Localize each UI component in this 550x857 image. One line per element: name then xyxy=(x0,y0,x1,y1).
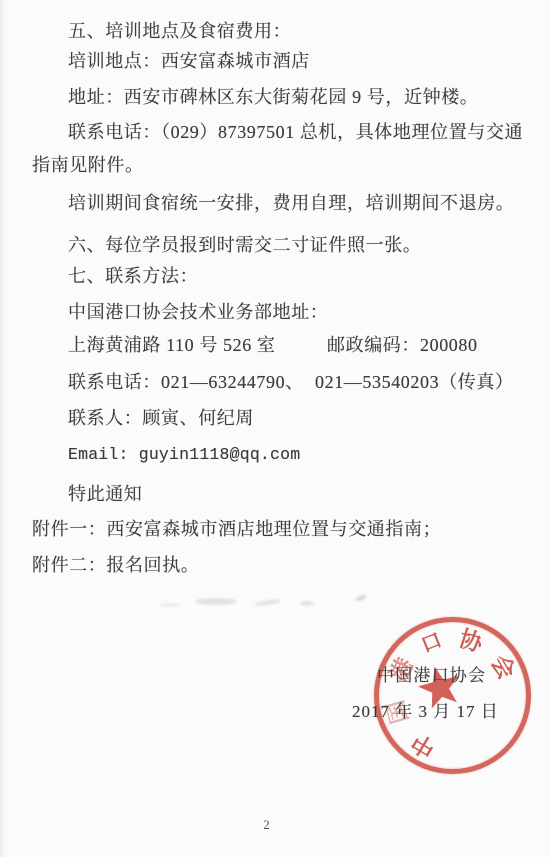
attachment-2-line: 附件二：报名回执。 xyxy=(32,554,526,576)
lodging-policy-line: 培训期间食宿统一安排，费用自理，培训期间不退房。 xyxy=(68,192,526,214)
notice-closing-line: 特此通知 xyxy=(68,483,526,505)
signature-date: 2017 年 3 月 17 日 xyxy=(352,697,499,722)
official-seal: 中 国 港 口 协 会 xyxy=(374,617,531,774)
scanned-notice-page: 五、培训地点及食宿费用： 培训地点：西安富森城市酒店 地址：西安市碑林区东大街菊… xyxy=(0,0,550,857)
scan-smudge xyxy=(195,598,237,605)
scan-smudge xyxy=(300,601,314,606)
fax-number: 021—53540203（传真） xyxy=(315,371,514,393)
section-6-line: 六、每位学员报到时需交二寸证件照一张。 xyxy=(68,234,526,256)
street-address: 上海黄浦路 110 号 526 室 xyxy=(68,335,276,355)
hotel-address-line: 地址：西安市碑林区东大街菊花园 9 号，近钟楼。 xyxy=(68,86,526,108)
email-line: Email: guyin1118@qq.com xyxy=(68,444,526,466)
shanghai-address-line: 上海黄浦路 110 号 526 室 邮政编码：200080 xyxy=(68,334,526,356)
contact-persons-line: 联系人：顾寅、何纪周 xyxy=(68,407,526,429)
attachment-1-line: 附件一：西安富森城市酒店地理位置与交通指南； xyxy=(32,518,526,540)
section-7-heading: 七、联系方法： xyxy=(68,265,526,287)
signature-organization: 中国港口协会 xyxy=(377,661,486,686)
training-location-line: 培训地点：西安富森城市酒店 xyxy=(68,50,526,72)
postal-code: 邮政编码：200080 xyxy=(327,334,478,356)
scan-smudge xyxy=(255,598,281,607)
scan-smudge xyxy=(160,603,180,607)
phone-number: 联系电话：021—63244790、 xyxy=(68,372,304,392)
hotel-phone-line: 联系电话：（029）87397501 总机，具体地理位置与交通 xyxy=(68,121,526,143)
page-number: 2 xyxy=(0,817,534,833)
section-5-heading: 五、培训地点及食宿费用： xyxy=(68,20,526,42)
wrap-continuation-line: 指南见附件。 xyxy=(32,154,526,176)
contact-phone-line: 联系电话：021—63244790、 021—53540203（传真） xyxy=(68,371,526,393)
association-dept-line: 中国港口协会技术业务部地址： xyxy=(68,301,526,323)
scan-smudge xyxy=(355,594,368,602)
